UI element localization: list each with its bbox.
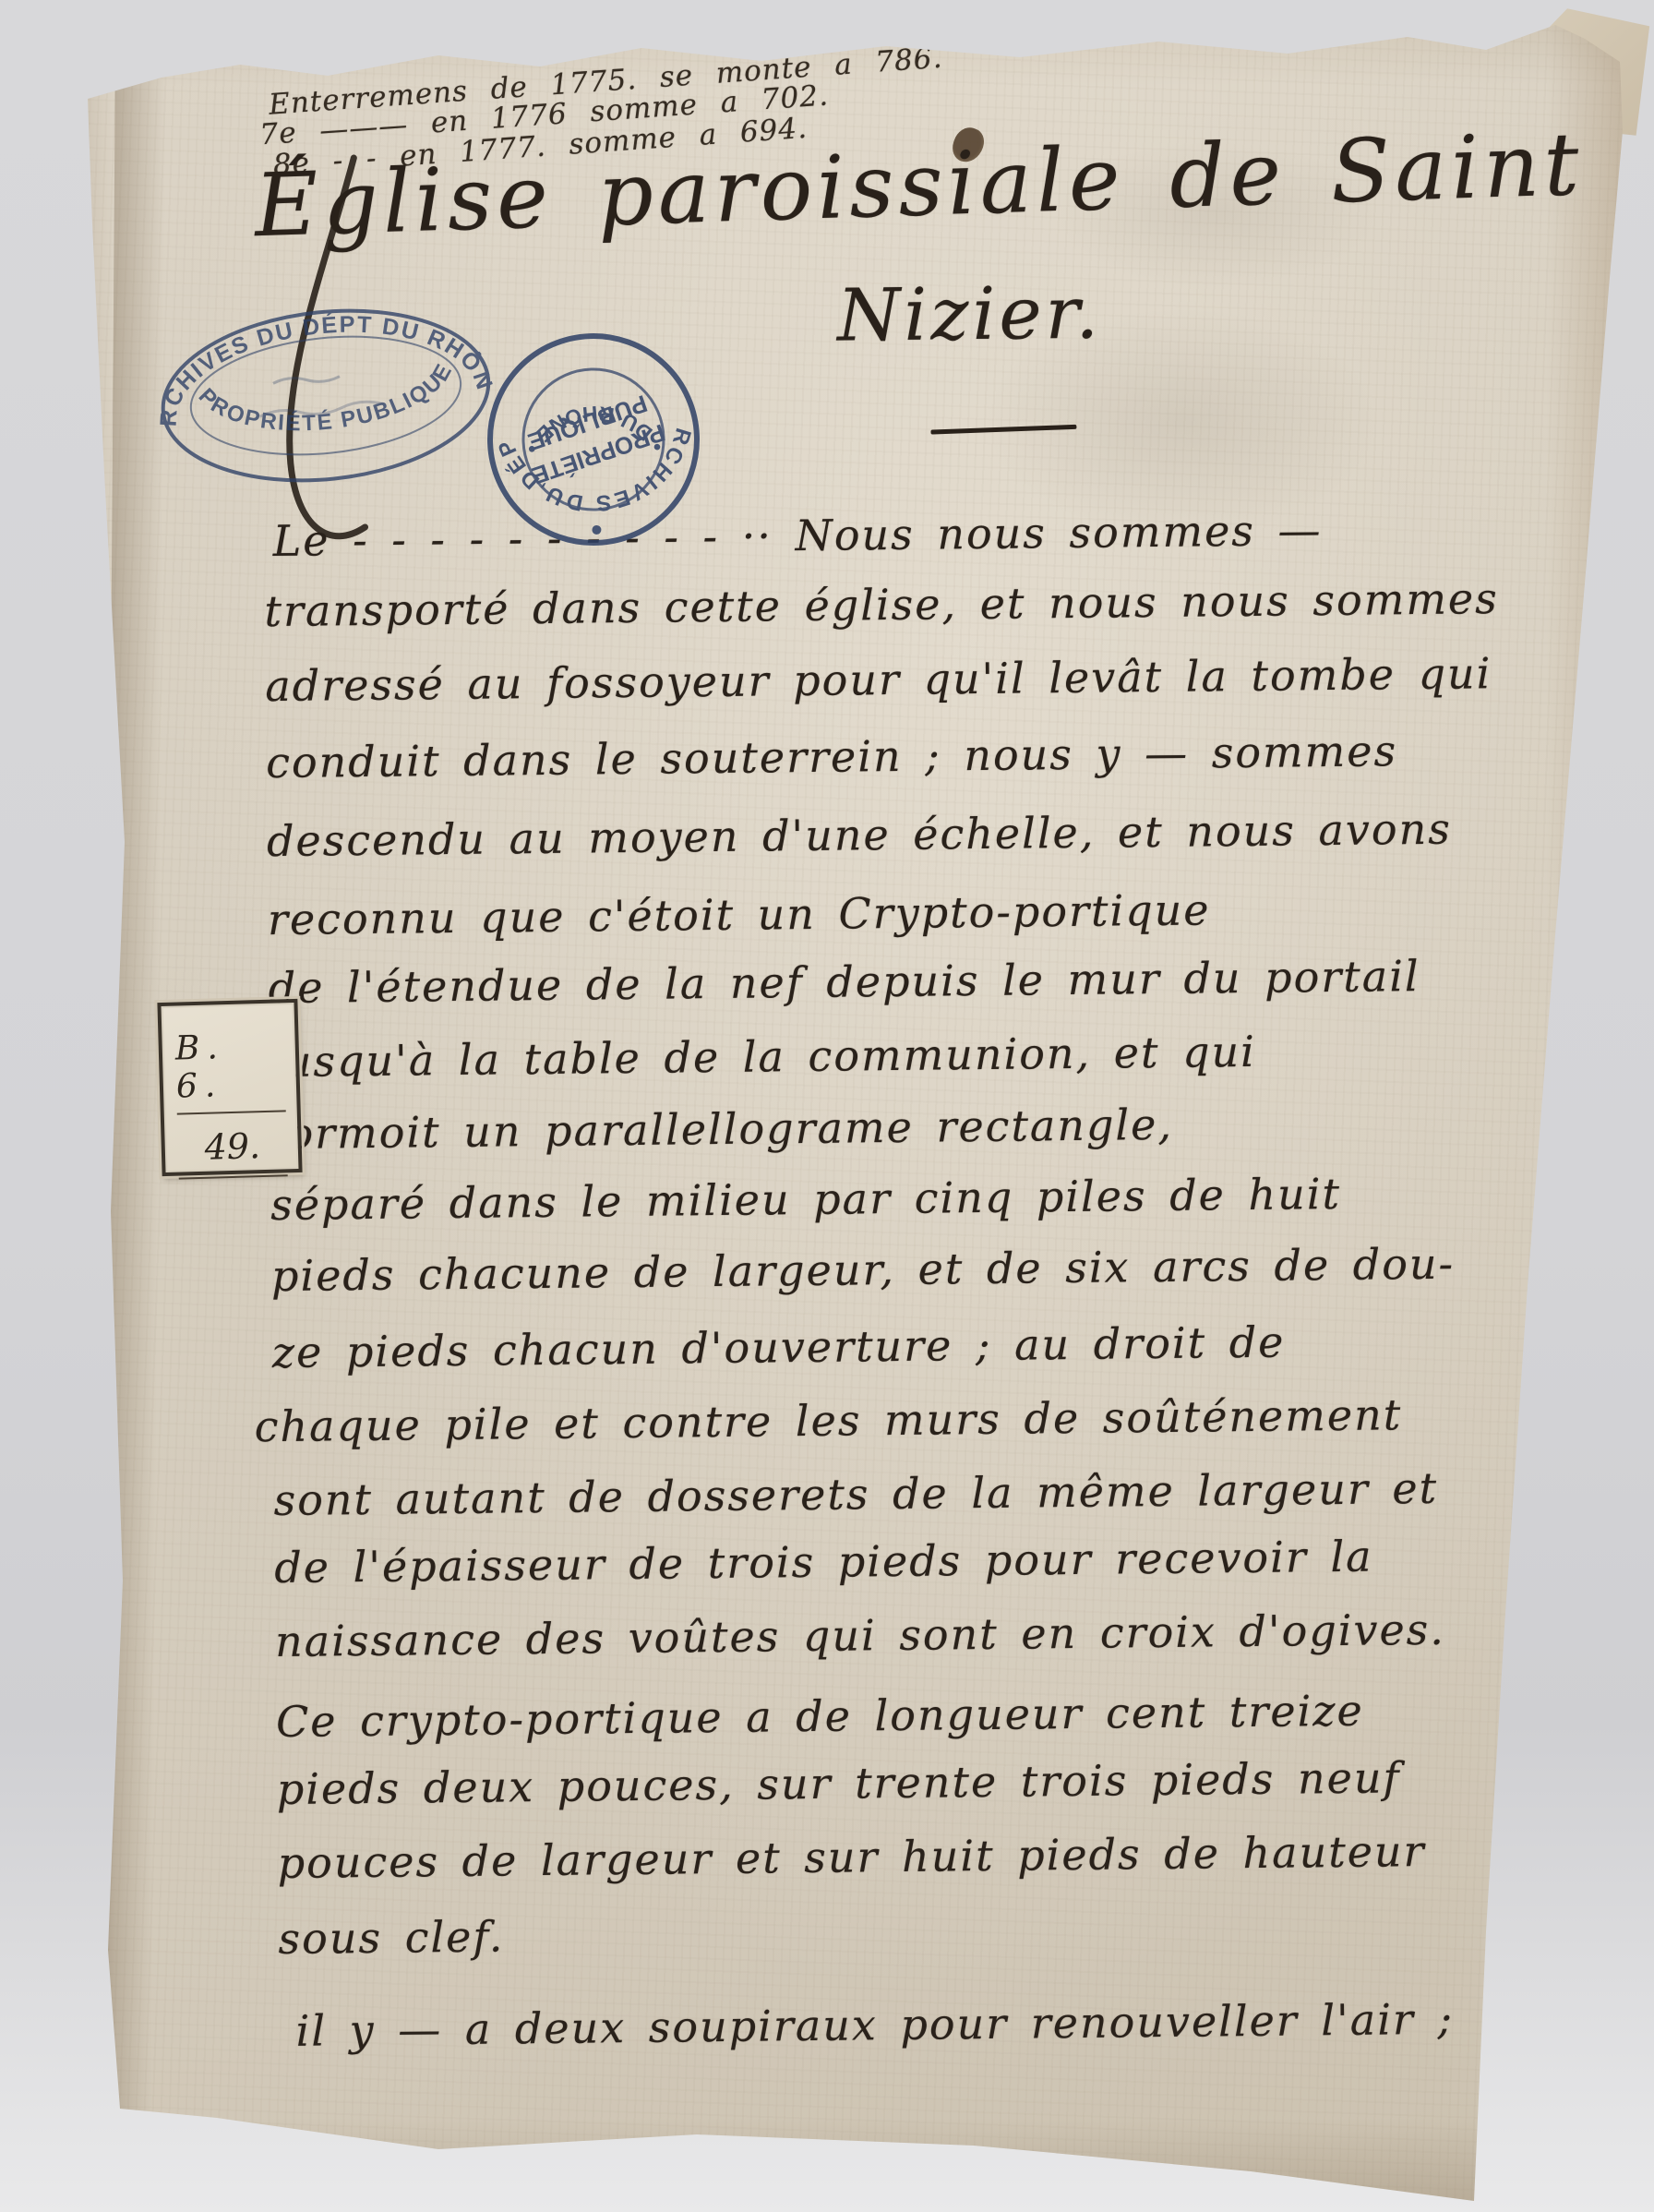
body-text-line: adressé au fossoyeur pour qu'il levât la… xyxy=(265,648,1492,711)
body-text-line: de l'épaisseur de trois pieds pour recev… xyxy=(274,1532,1373,1593)
body-text-line: reconnu que c'étoit un Crypto-portique xyxy=(268,884,1211,944)
archives-oval-stamp: ARCHIVES DU DÉPT DU RHÔNE PROPRIÉTÉ PUBL… xyxy=(146,287,507,505)
archives-round-stamp: ARCHIVES DU DÉP.T • DU RHÔNE • PROPRIÉTÉ… xyxy=(479,325,708,554)
crease-line xyxy=(69,1527,112,1530)
body-text-line: jusqu'à la table de la communion, et qui xyxy=(269,1027,1256,1087)
crease-line xyxy=(67,794,110,797)
shelfmark-line-2: 49. xyxy=(177,1124,288,1179)
body-text-line: descendu au moyen d'une échelle, et nous… xyxy=(267,804,1452,866)
body-text-line: ze pieds chacun d'ouverture ; au droit d… xyxy=(272,1317,1286,1377)
photo-background: { "photo": { "background_color": "#d4d4d… xyxy=(0,0,1654,2212)
shelfmark-line-1: B. 6. xyxy=(174,1027,286,1114)
body-text-line: naissance des voûtes qui sont en croix d… xyxy=(275,1605,1445,1666)
body-text-line: formoit un parallellograme rectangle, xyxy=(270,1100,1173,1159)
crease-line xyxy=(62,1043,104,1046)
body-text-line: pieds chacune de largeur, et de six arcs… xyxy=(271,1239,1456,1301)
body-text-line: Ce crypto-portique a de longueur cent tr… xyxy=(276,1686,1364,1747)
body-text-line: Le - - - - - - - - - - ·· Nous nous somm… xyxy=(272,505,1322,566)
body-text-line: de l'étendue de la nef depuis le mur du … xyxy=(268,951,1420,1013)
body-text-line: transporté dans cette église, et nous no… xyxy=(264,573,1499,636)
body-text-line: sont autant de dosserets de la même larg… xyxy=(273,1463,1438,1525)
body-text-line: séparé dans le milieu par cinq piles de … xyxy=(270,1169,1341,1230)
body-text-line: sous clef. xyxy=(278,1911,504,1964)
body-text-line: chaque pile et contre les murs de soûtén… xyxy=(254,1389,1402,1451)
svg-text:PROPRIÉTÉ PUBLIQUE: PROPRIÉTÉ PUBLIQUE xyxy=(192,356,463,448)
body-text-line: pieds deux pouces, sur trente trois pied… xyxy=(277,1752,1401,1814)
title-underline xyxy=(930,425,1076,435)
manuscript-page: Enterremens de 1775. se monte a 786. 7e … xyxy=(51,11,1634,2201)
archive-shelfmark-label: B. 6. 49. xyxy=(157,999,302,1176)
body-text-line: pouces de largeur et sur huit pieds de h… xyxy=(277,1826,1425,1888)
body-text-line: il y — a deux soupiraux pour renouveller… xyxy=(295,1994,1454,2056)
body-text-line: conduit dans le souterrein ; nous y — so… xyxy=(266,726,1397,787)
oval-stamp-bottom-text: PROPRIÉTÉ PUBLIQUE xyxy=(192,356,463,448)
page-title-line-2: Nizier. xyxy=(837,272,1103,358)
